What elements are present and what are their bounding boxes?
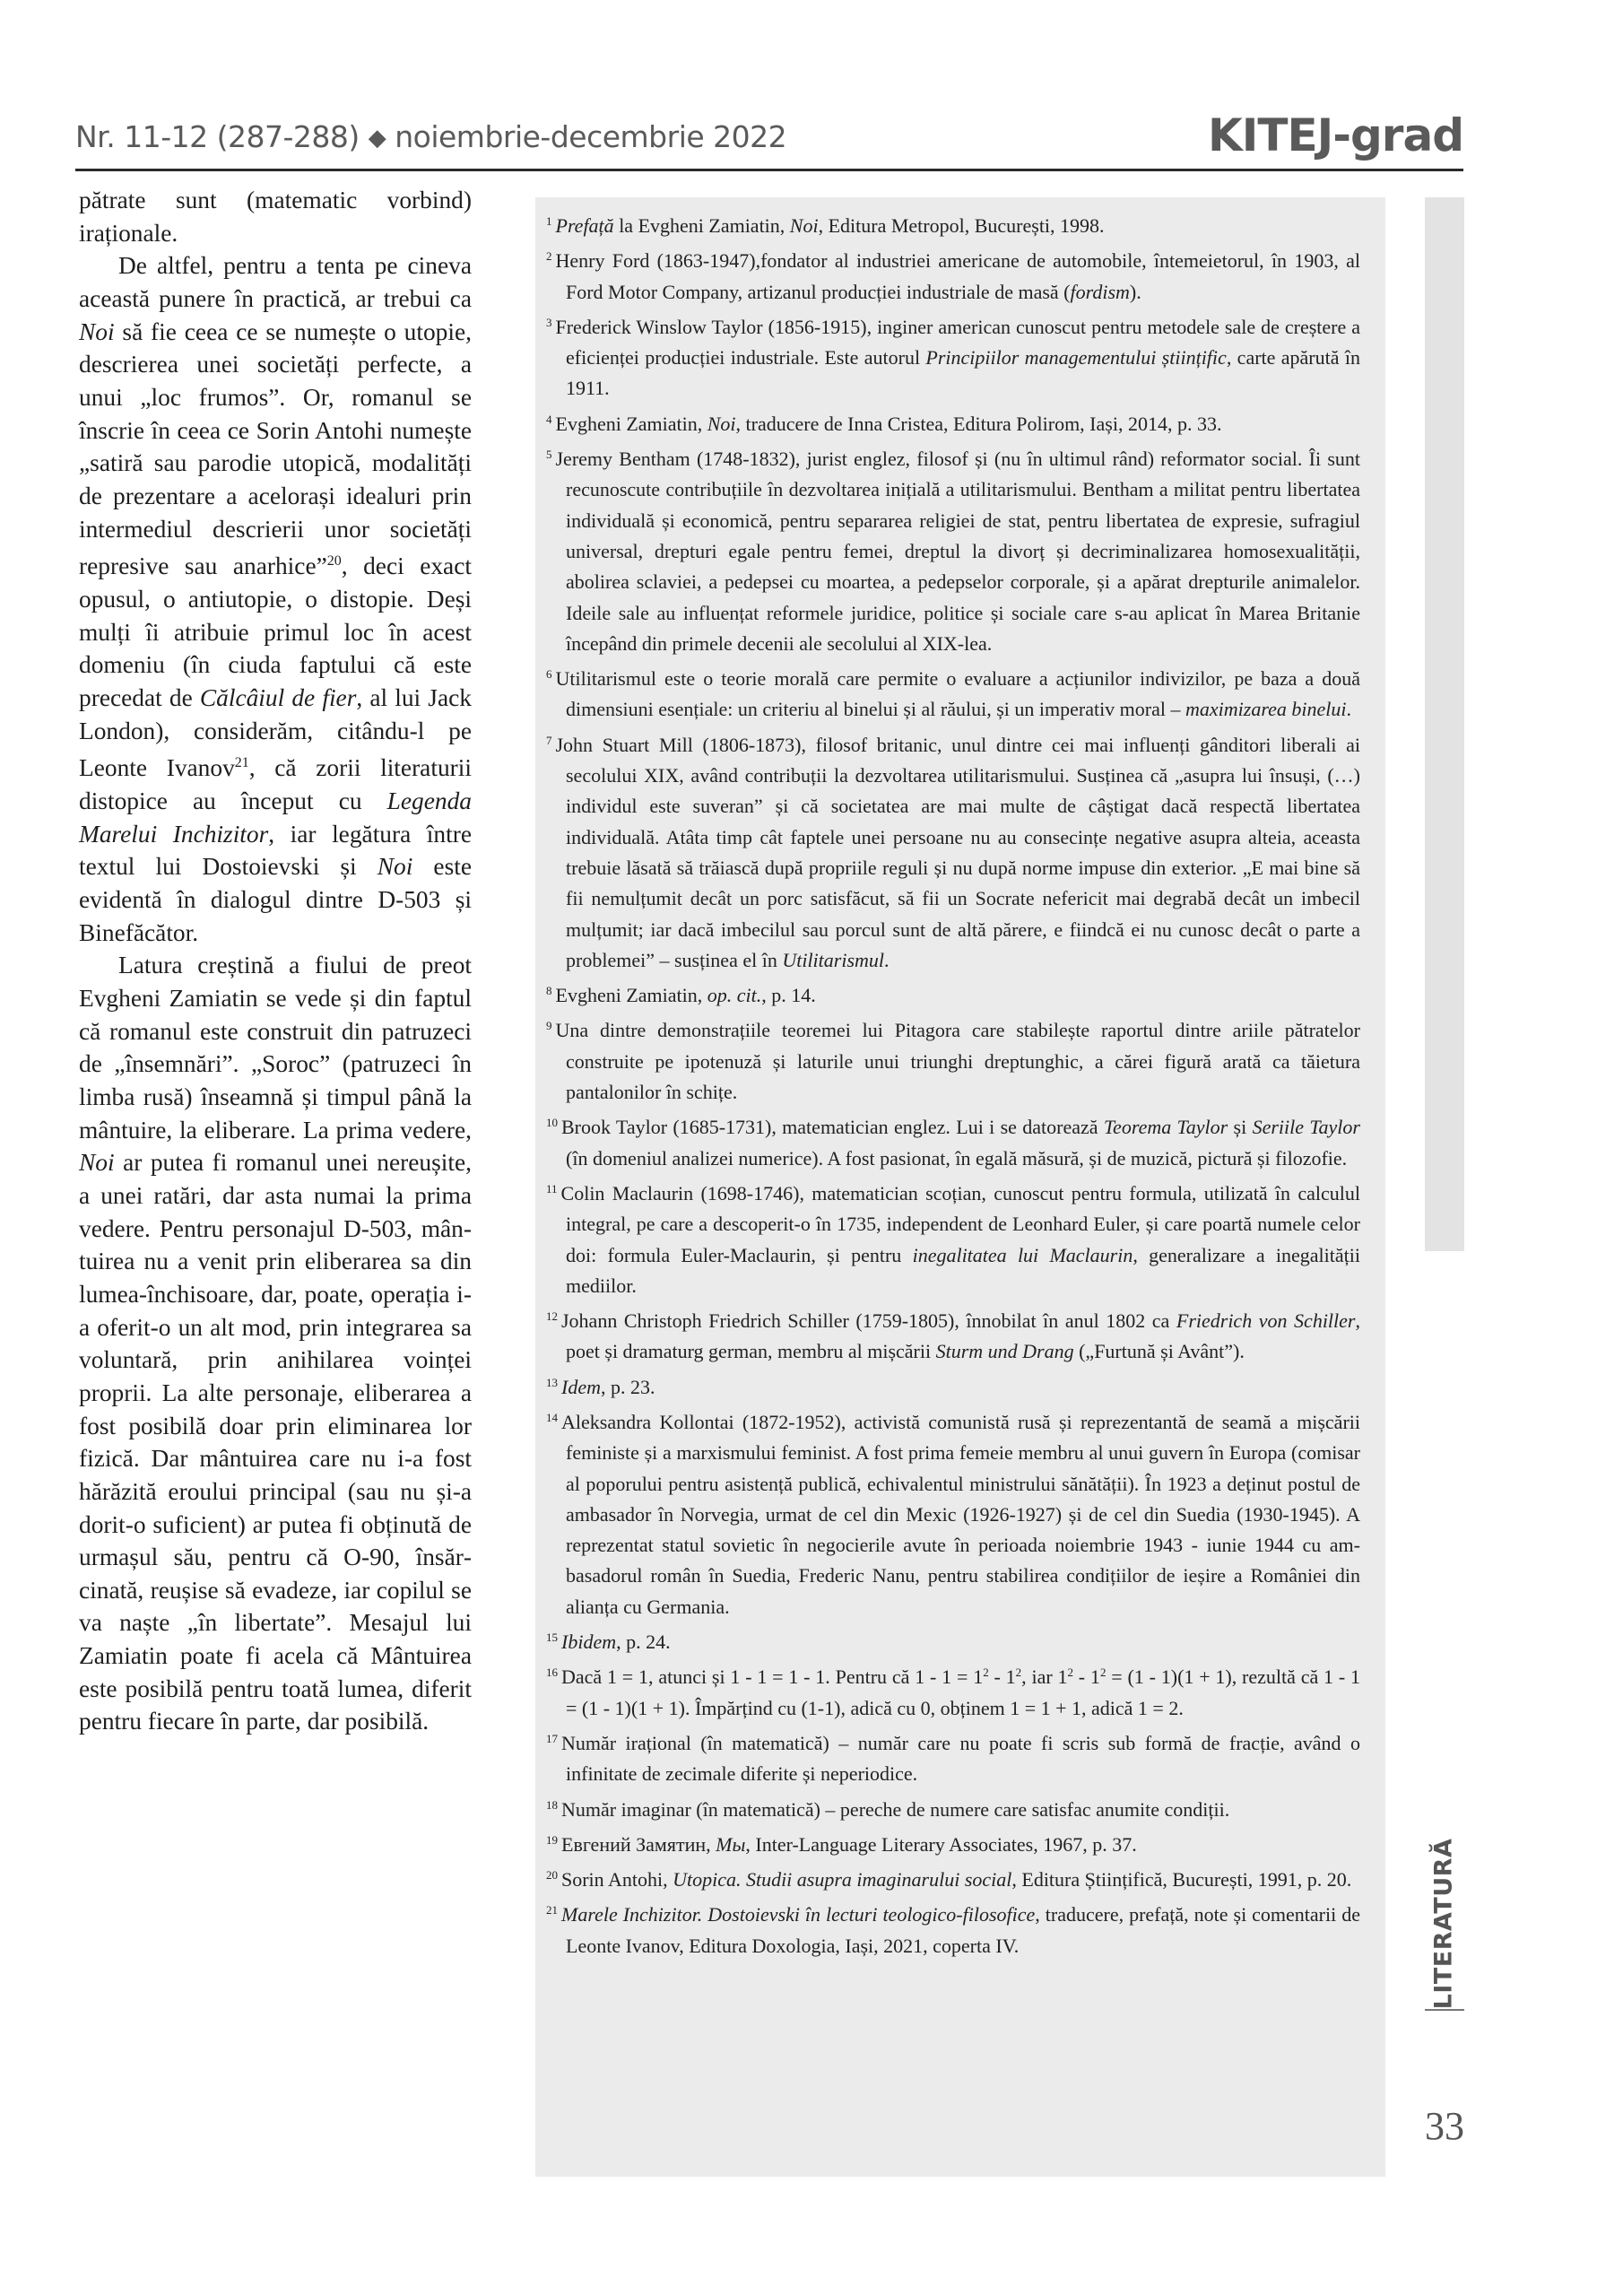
- italic-text: Utopica. Studii asupra imaginarului soci…: [673, 1868, 1011, 1891]
- italic-text: Noi: [707, 413, 736, 435]
- footnote-number: 13: [546, 1376, 558, 1389]
- footnote-15: 15Ibidem, p. 24.: [546, 1622, 1360, 1657]
- italic-text: Мы: [716, 1833, 745, 1856]
- italic-text: fordism: [1071, 281, 1130, 303]
- italic-text: Noi: [790, 214, 819, 237]
- footnote-6: 6Utilitarismul este o teorie morală care…: [546, 659, 1360, 726]
- footnote-18: 18Număr imaginar (în matematică) – perec…: [546, 1790, 1360, 1825]
- footnote-8: 8Evgheni Zamiatin, op. cit., p. 14.: [546, 976, 1360, 1011]
- footnote-number: 14: [546, 1411, 558, 1424]
- text: , p. 23.: [601, 1376, 655, 1398]
- footnote-10: 10Brook Taylor (1685-1731), matematician…: [546, 1108, 1360, 1174]
- footnote-13: 13Idem, p. 23.: [546, 1368, 1360, 1403]
- footnote-number: 15: [546, 1631, 558, 1644]
- footnote-number: 7: [546, 734, 552, 747]
- footnote-number: 9: [546, 1019, 552, 1032]
- footnote-number: 16: [546, 1665, 558, 1679]
- text: John Stuart Mill (1806-1873), filosof br…: [556, 734, 1361, 971]
- footnote-7: 7John Stuart Mill (1806-1873), filosof b…: [546, 726, 1360, 976]
- italic-text: Utilitarismul: [782, 949, 884, 971]
- footnote-1: 1Prefață la Evgheni Zamiatin, Noi, Editu…: [546, 206, 1360, 241]
- italic-text: Teorema Taylor: [1104, 1116, 1228, 1138]
- footnote-number: 2: [546, 249, 552, 263]
- footnote-ref[interactable]: 20: [327, 553, 342, 569]
- text: pătrate sunt (matematic vorbind) irațion…: [79, 187, 472, 247]
- footnote-12: 12Johann Christoph Friedrich Schiller (1…: [546, 1301, 1360, 1368]
- italic-text: Friedrich von Schiller: [1176, 1309, 1356, 1332]
- paragraph: De altfel, pentru a tenta pe cineva acea…: [79, 249, 472, 949]
- footnote-11: 11Colin Maclaurin (1698-1746), matematic…: [546, 1174, 1360, 1301]
- italic-text: Idem: [561, 1376, 601, 1398]
- text: Dacă 1 = 1, atunci și 1 - 1 = 1 - 1. Pen…: [561, 1665, 983, 1688]
- footnote-number: 17: [546, 1732, 558, 1745]
- footnote-number: 8: [546, 984, 552, 997]
- italic-text: Seriile Taylor: [1253, 1116, 1360, 1138]
- text: , p. 14.: [761, 984, 816, 1006]
- footnote-number: 5: [546, 448, 552, 461]
- title-italic: Noi: [79, 1149, 115, 1176]
- text: Brook Taylor (1685-1731), matematician e…: [561, 1116, 1104, 1138]
- text: Евгений Замятин,: [561, 1833, 716, 1856]
- text: Una dintre demonstrațiile teoremei lui P…: [556, 1019, 1361, 1103]
- italic-text: Sturm und Drang: [936, 1340, 1074, 1362]
- footnote-number: 21: [546, 1903, 558, 1917]
- article-body: pătrate sunt (matematic vorbind) irațion…: [79, 184, 472, 1738]
- footnote-number: 20: [546, 1868, 558, 1882]
- paragraph: Latura creștină a fiului de preot Evghen…: [79, 949, 472, 1738]
- text: ar putea fi romanul unei nereușite, a un…: [79, 1149, 472, 1735]
- footnote-number: 1: [546, 214, 552, 228]
- footnote-number: 18: [546, 1798, 558, 1812]
- text: , Editura Metropol, București, 1998.: [819, 214, 1105, 237]
- footnote-20: 20Sorin Antohi, Utopica. Studii asupra i…: [546, 1860, 1360, 1895]
- footnote-17: 17Număr irațional (în matematică) – numă…: [546, 1724, 1360, 1790]
- diamond-separator-icon: ◆: [369, 113, 386, 163]
- footnotes-box: 1Prefață la Evgheni Zamiatin, Noi, Editu…: [535, 197, 1385, 2177]
- text: și: [1228, 1116, 1252, 1138]
- text: , Inter-Language Literary Associates, 19…: [745, 1833, 1136, 1856]
- title-italic: Noi: [378, 853, 413, 880]
- text: Evgheni Zamiatin,: [556, 984, 707, 1006]
- text: , p. 24.: [616, 1631, 671, 1653]
- footnote-14: 14Aleksandra Kollontai (1872-1952), acti…: [546, 1403, 1360, 1622]
- footnote-2: 2Henry Ford (1863-1947),fondator al indu…: [546, 241, 1360, 308]
- footnote-5: 5Jeremy Bentham (1748-1832), jurist engl…: [546, 439, 1360, 659]
- italic-text: maximizarea binelui: [1185, 698, 1346, 720]
- title-italic: Noi: [79, 318, 115, 345]
- footnote-number: 11: [546, 1182, 558, 1196]
- text: să fie ceea ce se nu­mește o utopie, des…: [79, 318, 472, 580]
- text: , traducere de Inna Cristea, Editura Pol…: [736, 413, 1222, 435]
- italic-text: Marele Inchizitor. Dostoievski în lectur…: [561, 1903, 1035, 1926]
- footnote-19: 19Евгений Замятин, Мы, Inter-Language Li…: [546, 1825, 1360, 1860]
- text: Jeremy Bentham (1748-1832), jurist engle…: [556, 448, 1361, 655]
- text: .: [1346, 698, 1351, 720]
- text: ).: [1130, 281, 1141, 303]
- text: Henry Ford (1863-1947),fondator al indus…: [556, 249, 1361, 302]
- footnote-16: 16Dacă 1 = 1, atunci și 1 - 1 = 1 - 1. P…: [546, 1657, 1360, 1724]
- text: (în domeniul analizei numerice). A fost …: [566, 1147, 1347, 1170]
- text: .: [884, 949, 890, 971]
- text: la Evgheni Zamiatin,: [614, 214, 790, 237]
- text: - 1: [989, 1665, 1016, 1688]
- text: Număr imaginar (în matematică) – pereche…: [561, 1798, 1229, 1821]
- text: Sorin Antohi,: [561, 1868, 673, 1891]
- footnote-number: 3: [546, 316, 552, 329]
- magazine-title: KITEJ-grad: [1208, 105, 1463, 166]
- text: - 1: [1073, 1665, 1100, 1688]
- issue-info: Nr. 11-12 (287-288)◆noiembrie-decembrie …: [75, 112, 786, 163]
- side-decoration-bar: [1425, 197, 1464, 1251]
- paragraph: pătrate sunt (matematic vorbind) irațion…: [79, 184, 472, 249]
- text: Număr irațional (în matematică) – număr …: [561, 1732, 1360, 1785]
- header-rule: [75, 169, 1463, 171]
- text: , Editura Științifică, București, 1991, …: [1011, 1868, 1351, 1891]
- footnote-21: 21Marele Inchizitor. Dostoievski în lect…: [546, 1895, 1360, 1961]
- text: Latura creștină a fiului de preot Evghen…: [79, 952, 472, 1143]
- footnote-number: 6: [546, 667, 552, 681]
- issue-date: noiembrie-decembrie 2022: [395, 119, 786, 154]
- italic-text: Principiilor manage­mentului științific: [925, 346, 1226, 369]
- section-label: LITERATURĂ: [1424, 1852, 1463, 1996]
- text: De altfel, pentru a tenta pe cineva acea…: [79, 252, 472, 312]
- text: , iar 1: [1021, 1665, 1067, 1688]
- italic-text: op. cit.: [707, 984, 762, 1006]
- title-italic: Călcâiul de fier: [200, 684, 357, 711]
- footnote-number: 19: [546, 1833, 558, 1847]
- footnote-number: 12: [546, 1309, 558, 1323]
- text: Aleksandra Kollontai (1872-1952), activi…: [561, 1411, 1360, 1618]
- footnote-ref[interactable]: 21: [235, 755, 249, 770]
- footnote-3: 3Frederick Winslow Taylor (1856-1915), i…: [546, 308, 1360, 404]
- issue-number: Nr. 11-12 (287-288): [75, 119, 360, 154]
- section-label-text: LITERATURĂ: [1430, 1839, 1458, 2010]
- page-number: 33: [1421, 2103, 1468, 2149]
- text: Johann Christoph Friedrich Schiller (175…: [561, 1309, 1176, 1332]
- italic-text: inegali­tatea lui Maclaurin: [913, 1244, 1133, 1266]
- section-divider: [1425, 2009, 1464, 2011]
- text: Evgheni Zamiatin,: [556, 413, 707, 435]
- italic-text: Prefață: [556, 214, 614, 237]
- text: („Fur­tună și Avânt”).: [1074, 1340, 1245, 1362]
- footnote-4: 4Evgheni Zamiatin, Noi, traducere de Inn…: [546, 404, 1360, 439]
- footnote-9: 9Una dintre demonstrațiile teoremei lui …: [546, 1011, 1360, 1108]
- footnote-number: 4: [546, 413, 552, 426]
- footnote-number: 10: [546, 1116, 558, 1129]
- italic-text: Ibidem: [561, 1631, 616, 1653]
